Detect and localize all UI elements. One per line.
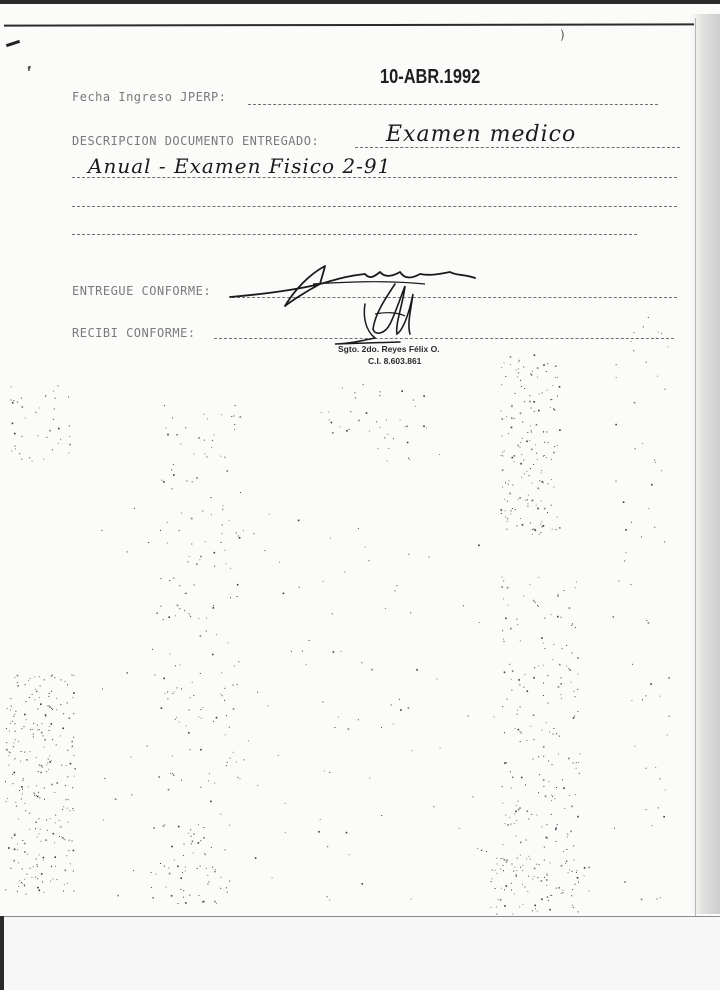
scan-bottom-left-edge <box>0 916 4 990</box>
scanned-document-page: ᶠ ) 10-ABR.1992 Fecha Ingreso JPERP: DES… <box>0 4 720 917</box>
photocopy-speckle <box>0 4 720 916</box>
